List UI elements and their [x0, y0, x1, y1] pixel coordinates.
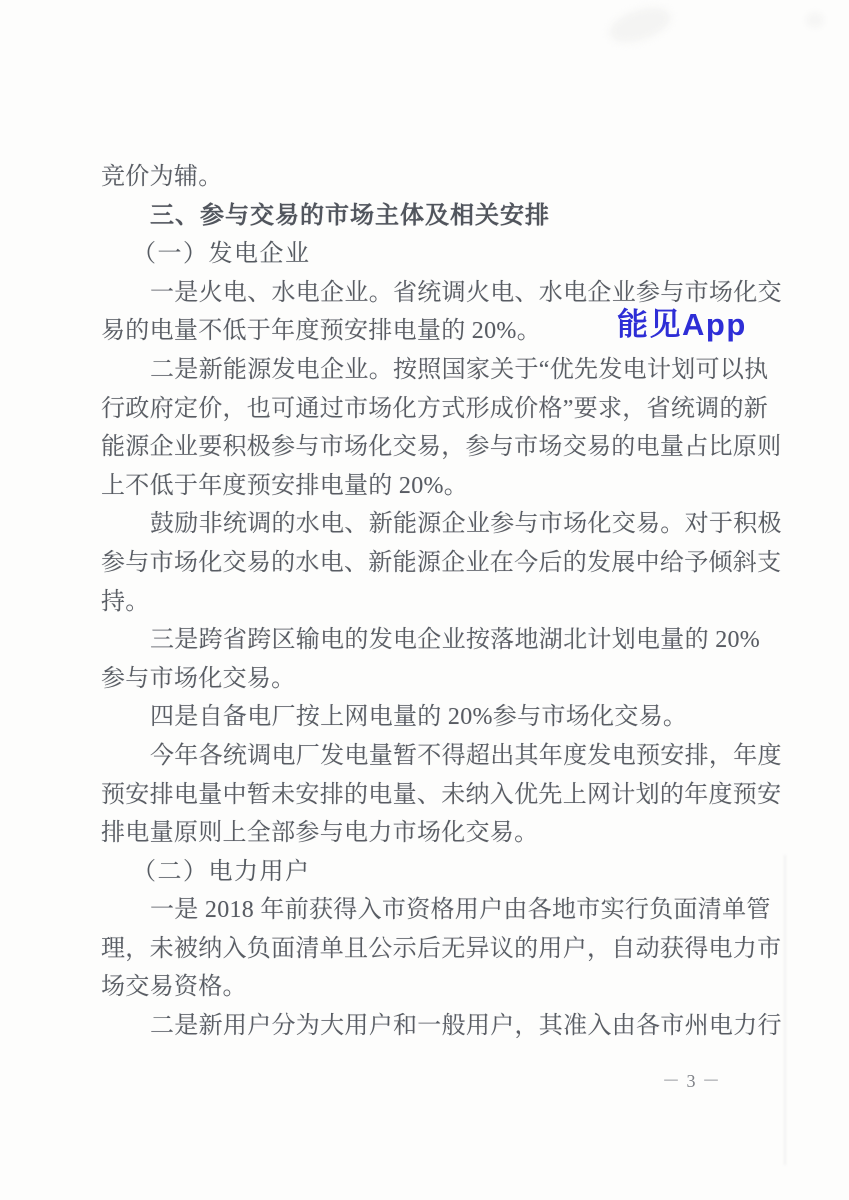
text-line: 参与市场化交易的水电、新能源企业在今后的发展中给予倾斜支: [101, 544, 801, 583]
text-line: 一是 2018 年前获得入市资格用户由各地市实行负面清单管: [101, 891, 801, 930]
text-line: 四是自备电厂按上网电量的 20%参与市场化交易。: [101, 698, 801, 737]
subsection-heading: （一）发电企业: [101, 235, 801, 274]
text-line: 竞价为辅。: [101, 158, 801, 197]
text-line: 三是跨省跨区输电的发电企业按落地湖北计划电量的 20%: [101, 621, 801, 660]
scan-smudge: [806, 12, 824, 28]
scanned-document-page: 竞价为辅。三、参与交易的市场主体及相关安排（一）发电企业一是火电、水电企业。省统…: [0, 0, 849, 1200]
page-number: － 3 －: [662, 1067, 721, 1093]
text-line: 排电量原则上全部参与电力市场化交易。: [101, 814, 801, 853]
text-line: 理，未被纳入负面清单且公示后无异议的用户，自动获得电力市: [101, 930, 801, 969]
subsection-heading: （二）电力用户: [101, 853, 801, 892]
text-line: 预安排电量中暂未安排的电量、未纳入优先上网计划的年度预安: [101, 776, 801, 815]
text-line: 二是新用户分为大用户和一般用户，其准入由各市州电力行: [101, 1007, 801, 1046]
text-line: 鼓励非统调的水电、新能源企业参与市场化交易。对于积极: [101, 505, 801, 544]
watermark-logo: 能见App: [617, 299, 747, 344]
section-heading: 三、参与交易的市场主体及相关安排: [101, 197, 801, 236]
document-body: 竞价为辅。三、参与交易的市场主体及相关安排（一）发电企业一是火电、水电企业。省统…: [101, 158, 801, 1046]
text-line: 二是新能源发电企业。按照国家关于“优先发电计划可以执: [101, 351, 801, 390]
text-line: 参与市场化交易。: [101, 660, 801, 699]
text-line: 持。: [101, 583, 801, 622]
scan-smudge: [605, 1, 675, 49]
text-line: 上不低于年度预安排电量的 20%。: [101, 467, 801, 506]
text-line: 今年各统调电厂发电量暂不得超出其年度发电预安排，年度: [101, 737, 801, 776]
text-line: 场交易资格。: [101, 968, 801, 1007]
text-line: 能源企业要积极参与市场化交易，参与市场交易的电量占比原则: [101, 428, 801, 467]
text-line: 行政府定价，也可通过市场化方式形成价格”要求，省统调的新: [101, 390, 801, 429]
